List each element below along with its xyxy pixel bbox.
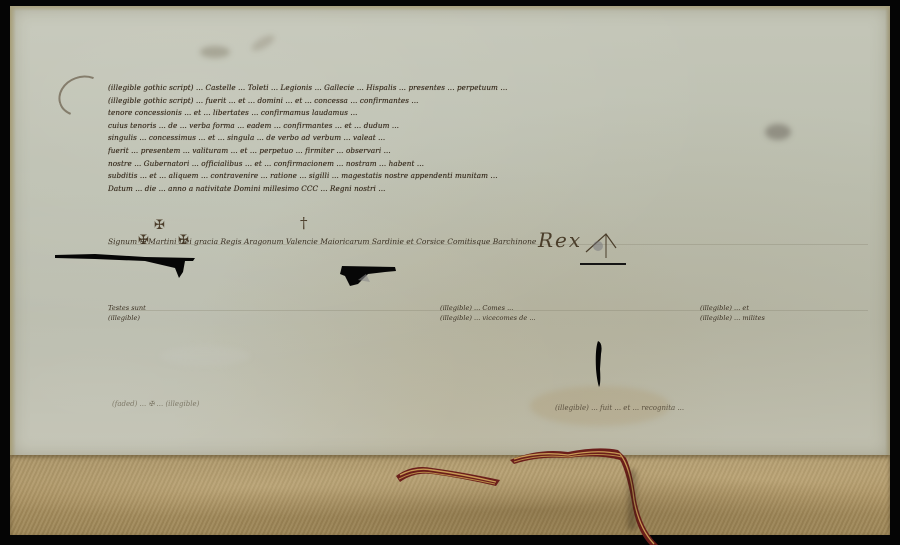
witness-line: (illegible) ... milites	[700, 313, 765, 323]
parchment-edge-right	[885, 6, 890, 458]
signum-text: Signum ✠ Martini Dei gracia Regis Aragon…	[108, 237, 538, 246]
text-line: fuerit ... presentem ... valituram ... e…	[108, 145, 808, 158]
parchment-tear	[55, 252, 197, 280]
signum-cross-icon: ✠	[154, 218, 165, 233]
rex-signature: Rex	[538, 228, 582, 252]
seal-cord-left	[392, 458, 504, 488]
photo-background: (illegible gothic script) ... Castelle .…	[0, 0, 900, 545]
text-line: singulis ... concessimus ... et ... sing…	[108, 132, 808, 145]
staff-mark-icon: †	[300, 214, 308, 232]
parchment-edge-top	[10, 6, 890, 11]
signum-line: Signum ✠ Martini Dei gracia Regis Aragon…	[108, 237, 538, 246]
parchment-sheet	[10, 6, 890, 458]
witness-line: (illegible) ... Comes ...	[440, 303, 536, 313]
text-line: nostre ... Gubernatori ... officialibus …	[108, 158, 808, 171]
stain	[160, 346, 250, 366]
witness-column-center: (illegible) ... Comes ... (illegible) ..…	[440, 303, 536, 323]
charter-body-text: (illegible gothic script) ... Castelle .…	[108, 82, 808, 195]
parchment-slit	[594, 339, 604, 389]
royal-sign-icon	[578, 230, 628, 266]
text-line: tenore concessionis ... et ... libertate…	[108, 107, 808, 120]
witness-line: (illegible) ... vicecomes de ...	[440, 313, 536, 323]
parchment-hole	[340, 264, 398, 288]
seal-cord-right	[508, 440, 668, 545]
witness-column-right: (illegible) ... et (illegible) ... milit…	[700, 303, 765, 323]
witness-column-left: Testes sunt (illegible)	[108, 303, 146, 323]
text-line: Datum ... die ... anno a nativitate Domi…	[108, 183, 418, 196]
stain	[200, 46, 230, 58]
faded-notarial-line: (faded) ... ✠ ... (illegible)	[112, 400, 199, 408]
witness-line: (illegible) ... et	[700, 303, 765, 313]
parchment-edge-left	[10, 6, 16, 458]
text-line: subditis ... et ... aliquem ... contrave…	[108, 170, 808, 183]
witness-line: (illegible)	[108, 313, 146, 323]
stain	[249, 32, 277, 54]
witness-line: Testes sunt	[108, 303, 146, 313]
cord-shadow	[628, 470, 636, 530]
text-line: (illegible gothic script) ... fuerit ...…	[108, 95, 808, 108]
text-line: (illegible gothic script) ... Castelle .…	[108, 82, 808, 95]
text-line: cuius tenoris ... de ... verba forma ...…	[108, 120, 808, 133]
registration-note: (illegible) ... fuit ... et ... recognit…	[555, 404, 684, 412]
